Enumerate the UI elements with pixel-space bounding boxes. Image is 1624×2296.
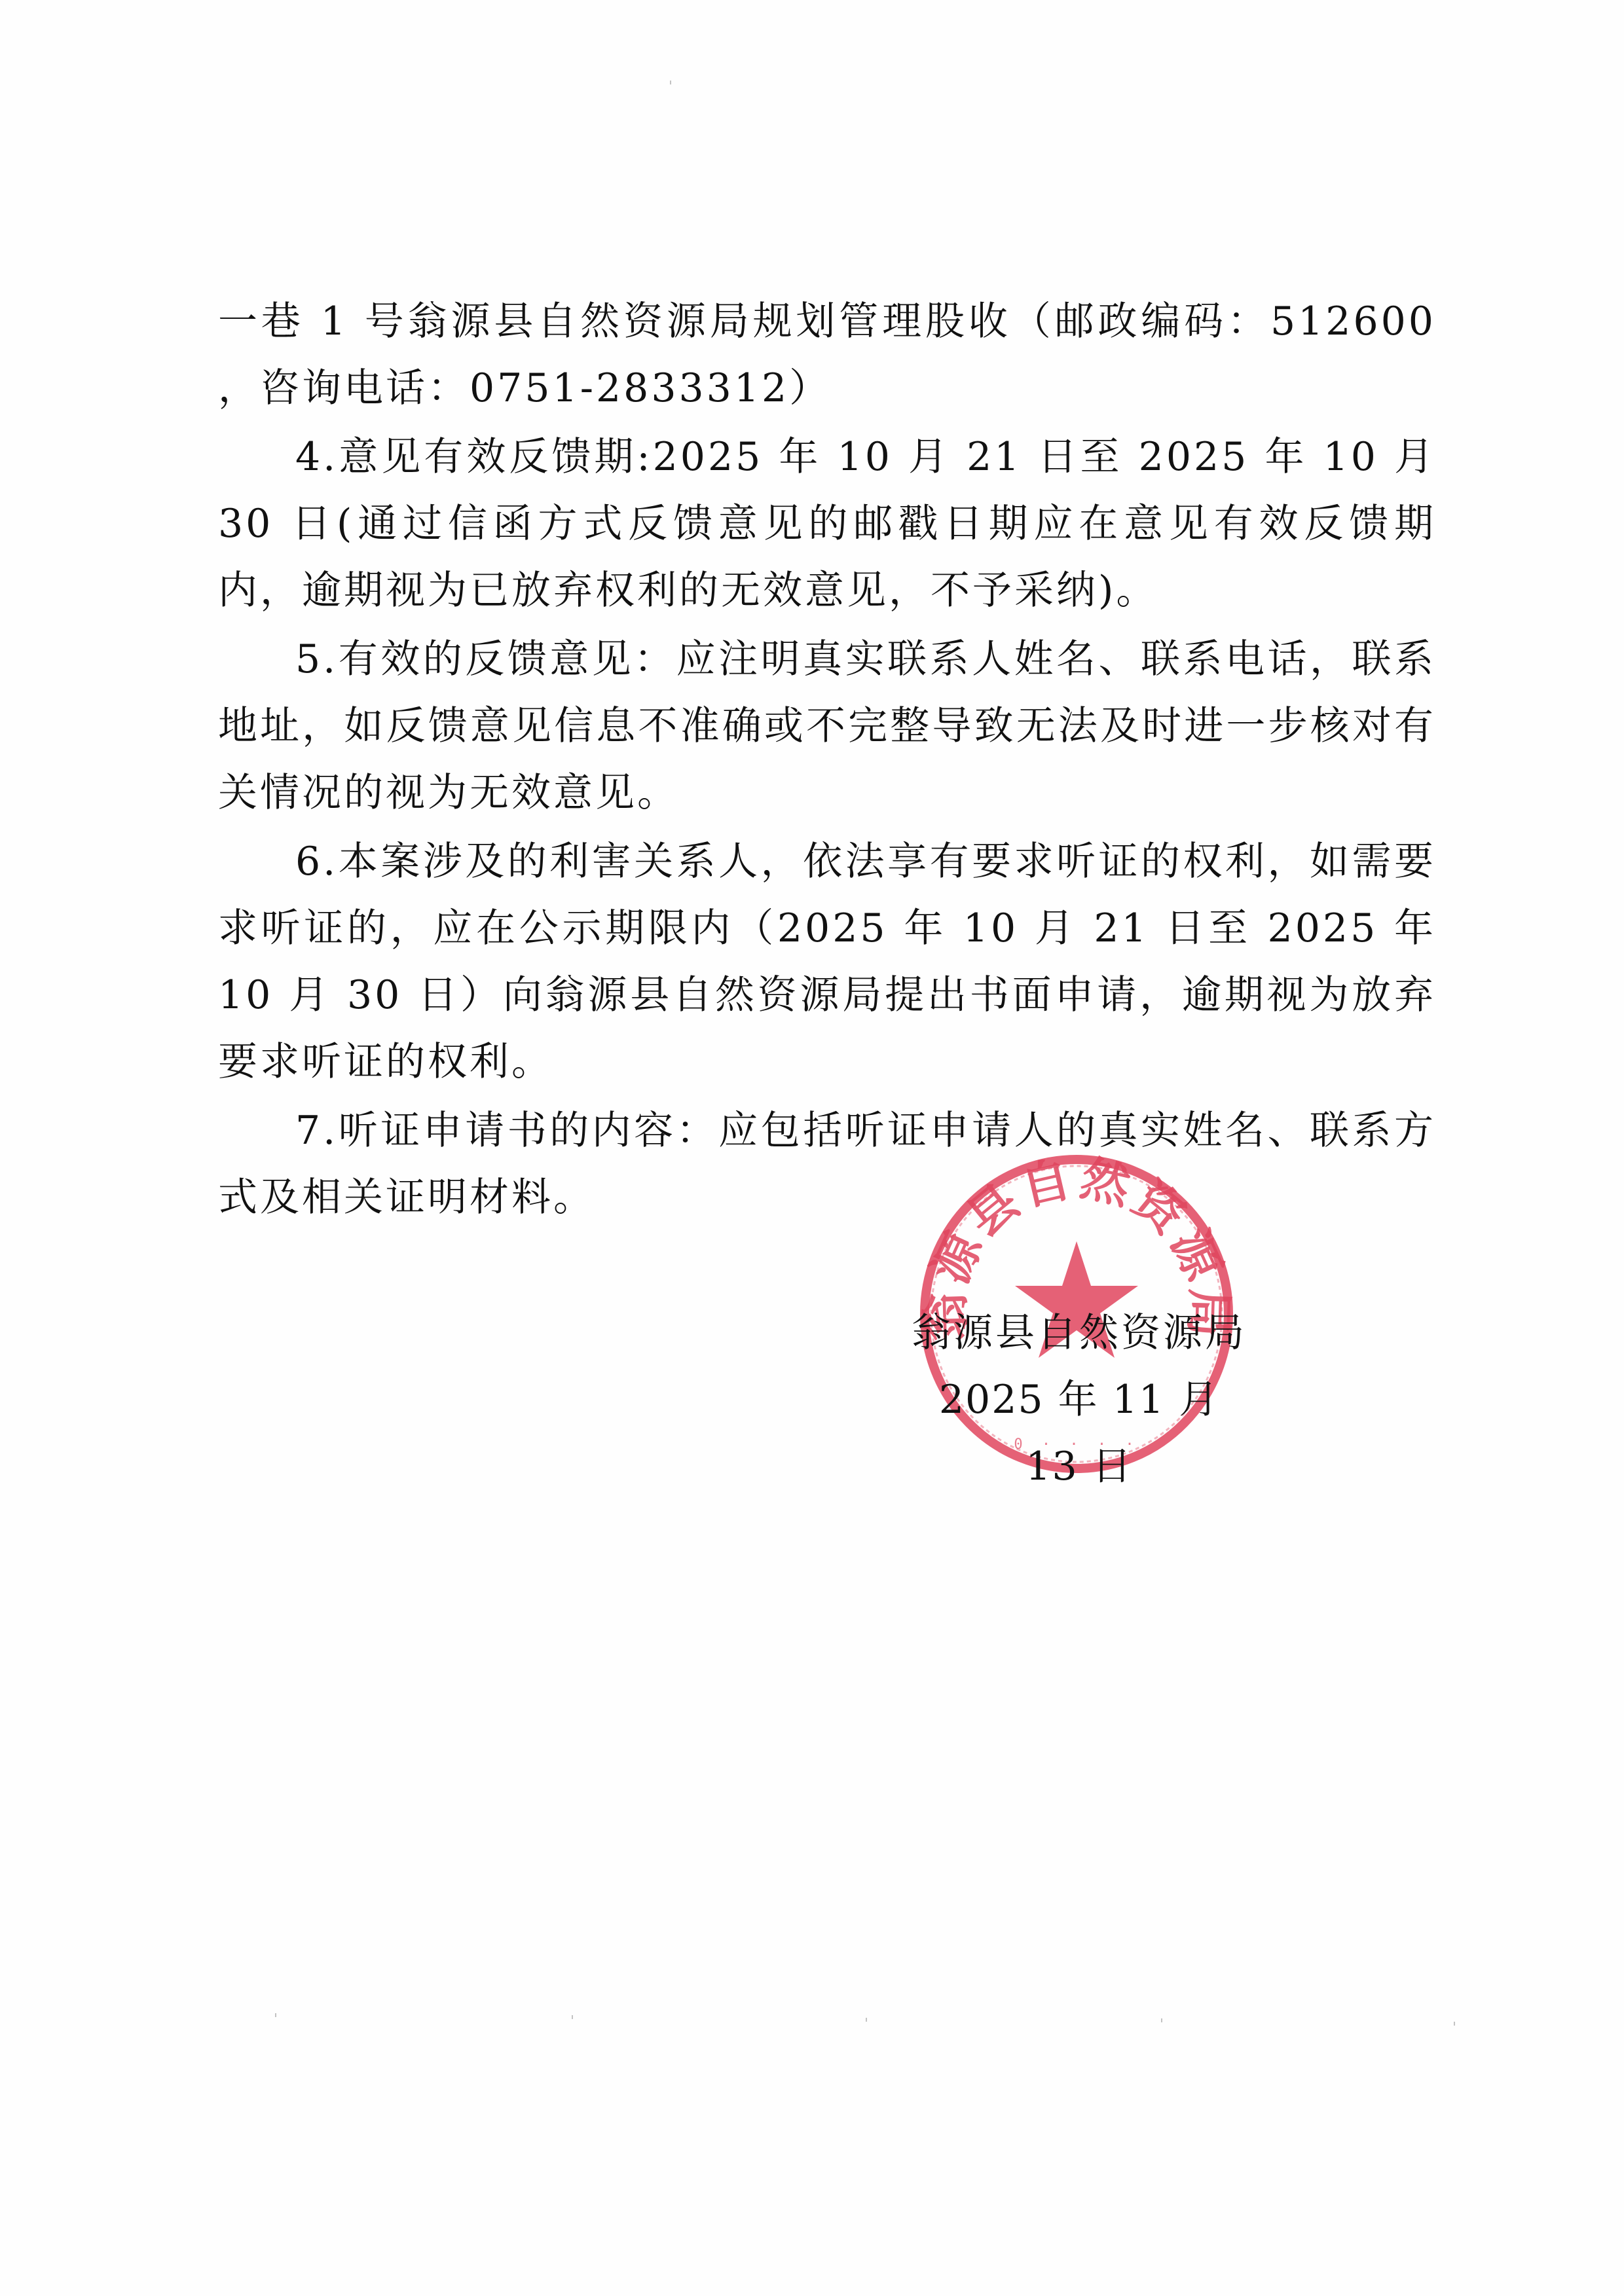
paragraph-4-feedback-period: 4.意见有效反馈期:2025 年 10 月 21 日至 2025 年 10 月 … (218, 424, 1436, 624)
scan-speck (572, 2015, 573, 2019)
signing-date: 2025 年 11 月 13 日 (909, 1366, 1249, 1500)
signing-organization: 翁源县自然资源局 (909, 1300, 1249, 1366)
scan-speck (866, 2018, 867, 2022)
document-body: 一巷 1 号翁源县自然资源局规划管理股收（邮政编码：512600 ，咨询电话：0… (218, 288, 1436, 1231)
paragraph-6-hearing-right: 6.本案涉及的利害关系人，依法享有要求听证的权利，如需要求听证的，应在公示期限内… (218, 828, 1436, 1095)
scan-speck (670, 81, 671, 84)
paragraph-5-valid-feedback: 5.有效的反馈意见：应注明真实联系人姓名、联系电话，联系地址，如反馈意见信息不准… (218, 626, 1436, 826)
paragraph-7-hearing-application: 7.听证申请书的内容：应包括听证申请人的真实姓名、联系方式及相关证明材料。 (218, 1097, 1436, 1231)
signature-block: 翁源县自然资源局 2025 年 11 月 13 日 (909, 1300, 1249, 1500)
scan-speck (275, 2013, 276, 2017)
document-page: 一巷 1 号翁源县自然资源局规划管理股收（邮政编码：512600 ，咨询电话：0… (0, 0, 1624, 2296)
scan-speck (1454, 2022, 1455, 2026)
scan-speck (1161, 2018, 1162, 2022)
paragraph-3-continued: 一巷 1 号翁源县自然资源局规划管理股收（邮政编码：512600 ，咨询电话：0… (218, 288, 1436, 422)
